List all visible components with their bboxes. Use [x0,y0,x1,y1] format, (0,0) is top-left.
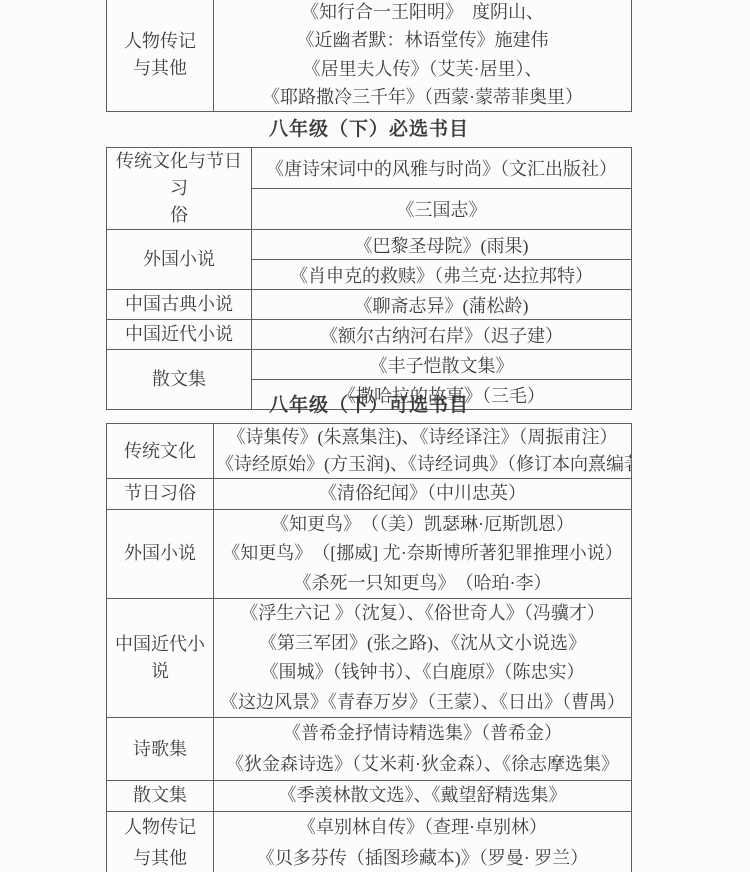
book-entry: 《狄金森诗选》（艾米莉·狄金森）、《徐志摩选集》 [216,749,629,780]
category-cell: 中国古典小说 [107,290,252,320]
section-heading-required: 八年级（下）必选书目 [106,112,632,147]
book-entry: 《知更鸟》 （（美）凯瑟琳·厄斯凯恩） [216,510,629,540]
book-entry: 《第三军团》(张之路)、《沈从文小说选》 [216,629,629,659]
category-label-line: 中国近代小说 [109,631,211,685]
category-label-line: 传统文化与节日习 [109,148,249,202]
category-cell: 人物传记 与其他 [107,811,214,872]
book-entry: 《贝多芬传（插图珍藏本)》（罗曼· 罗兰） [216,843,629,872]
book-list-cell: 《卓别林自传》（查理·卓别林） 《贝多芬传（插图珍藏本)》（罗曼· 罗兰） [214,811,632,872]
optional-books-table: 传统文化 《诗集传》(朱熹集注)、《诗经译注》（周振甫注） 《诗经原始》(方玉润… [106,423,632,872]
category-label-line: 节日习俗 [109,480,211,507]
scanned-reading-list-page: 人物传记 与其他 《知行合一王阳明》 度阴山、 《近幽者默：林语堂传》施建伟 《… [0,0,750,872]
category-label-line: 传统文化 [109,438,211,465]
category-label-line: 与其他 [109,843,211,872]
book-entry: 《唐诗宋词中的风雅与时尚》（文汇出版社） [252,148,632,189]
required-books-table: 传统文化与节日习 俗 《唐诗宋词中的风雅与时尚》（文汇出版社） 《三国志》 外国… [106,147,632,410]
book-entry: 《普希金抒情诗精选集》（普希金） [216,718,629,749]
category-cell: 外国小说 [107,509,214,599]
category-label-line: 外国小说 [109,540,211,567]
category-label-line: 诗歌集 [109,736,211,763]
category-cell: 传统文化与节日习 俗 [107,148,252,230]
book-entry: 《浮生六记 》（沈复）、《俗世奇人》（冯骥才） [216,599,629,629]
book-list-cell: 《知行合一王阳明》 度阴山、 《近幽者默：林语堂传》施建伟 《居里夫人传》（艾芙… [214,0,631,111]
book-entry: 《额尔古纳河右岸》（迟子建） [252,320,632,350]
category-label-line: 散文集 [109,782,211,809]
category-label-line: 中国近代小说 [109,321,249,348]
book-entry: 《居里夫人传》（艾芙·居里）、 [214,55,631,84]
book-entry: 《知行合一王阳明》 度阴山、 [214,0,631,26]
book-list-cell: 《知更鸟》 （（美）凯瑟琳·厄斯凯恩） 《知更鸟》 （[挪威] 尤·奈斯博所著犯… [214,509,632,599]
category-cell-biography: 人物传记 与其他 [107,0,214,111]
book-entry: 《诗集传》(朱熹集注)、《诗经译注》（周振甫注） [216,424,629,451]
book-entry: 《巴黎圣母院》(雨果) [252,230,632,260]
book-list-cell: 《普希金抒情诗精选集》（普希金） 《狄金森诗选》（艾米莉·狄金森）、《徐志摩选集… [214,718,632,781]
book-list-cell: 《季羡林散文选》、《戴望舒精选集》 [214,781,632,812]
book-entry: 《丰子恺散文集》 [252,350,632,380]
category-label-line: 与其他 [133,55,187,82]
book-entry: 《聊斋志异》(蒲松龄) [252,290,632,320]
category-label-line: 外国小说 [109,246,249,273]
category-cell: 散文集 [107,781,214,812]
book-entry: 《这边风景》《青春万岁》（王蒙）、《日出》（曹禺） [216,688,629,718]
book-entry: 《诗经原始》(方玉润)、《诗经词典》（修订本向熹编著） [216,451,629,478]
book-entry: 《肖申克的救赎》（弗兰克·达拉邦特） [252,260,632,290]
section-heading-optional: 八年级（下）可选书目 [106,388,632,423]
category-cell: 传统文化 [107,424,214,479]
category-label-line: 中国古典小说 [109,291,249,318]
category-label-line: 俗 [109,202,249,229]
category-label-line: 人物传记 [109,812,211,843]
book-entry: 《围城》（钱钟书）、《白鹿原》（陈忠实） [216,658,629,688]
category-cell: 诗歌集 [107,718,214,781]
book-entry: 《杀死一只知更鸟》 （哈珀·李） [216,569,629,599]
book-list-cell: 《诗集传》(朱熹集注)、《诗经译注》（周振甫注） 《诗经原始》(方玉润)、《诗经… [214,424,632,479]
book-list-cell: 《清俗纪闻》（中川忠英） [214,479,632,510]
book-entry: 《近幽者默：林语堂传》施建伟 [214,26,631,55]
category-cell: 中国近代小说 [107,599,214,718]
book-entry: 《知更鸟》 （[挪威] 尤·奈斯博所著犯罪推理小说） [216,539,629,569]
category-cell: 中国近代小说 [107,320,252,350]
book-entry: 《耶路撒冷三千年》（西蒙·蒙蒂菲奥里） [214,83,631,112]
book-entry: 《卓别林自传》（查理·卓别林） [216,812,629,843]
biography-table-partial: 人物传记 与其他 《知行合一王阳明》 度阴山、 《近幽者默：林语堂传》施建伟 《… [106,0,632,112]
book-entry: 《三国志》 [252,189,632,230]
book-list-cell: 《浮生六记 》（沈复）、《俗世奇人》（冯骥才） 《第三军团》(张之路)、《沈从文… [214,599,632,718]
category-cell: 节日习俗 [107,479,214,510]
book-entry: 《清俗纪闻》（中川忠英） [216,479,629,509]
category-label-line: 人物传记 [124,28,196,55]
book-entry: 《季羡林散文选》、《戴望舒精选集》 [216,781,629,811]
category-cell: 外国小说 [107,230,252,290]
